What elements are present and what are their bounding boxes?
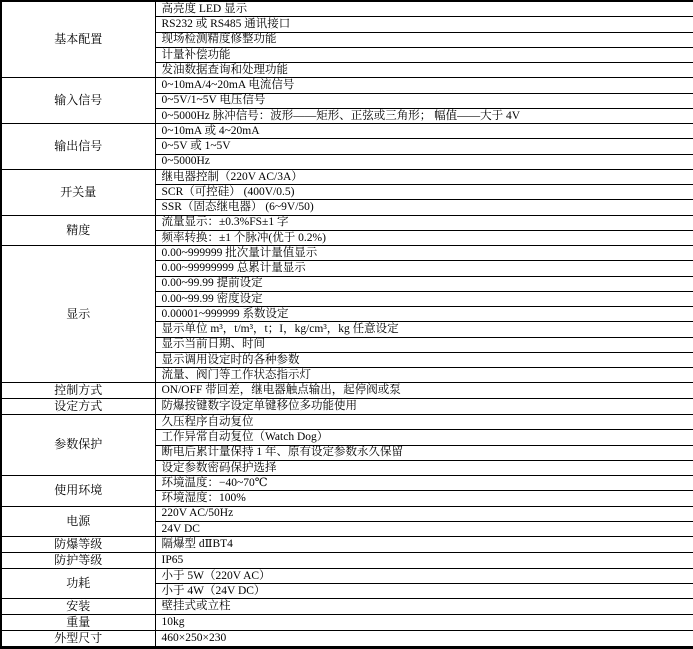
spec-value: 发油数据查询和处理功能 — [155, 63, 693, 78]
spec-value: 0.00~999999 批次量计量值显示 — [155, 246, 693, 261]
spec-value: 流量显示：±0.3%FS±1 字 — [155, 215, 693, 230]
spec-row: 重量10kg — [1, 615, 693, 631]
spec-category-label: 功耗 — [1, 568, 155, 599]
spec-row: 外型尺寸460×250×230 — [1, 630, 693, 647]
spec-value: 0~5000Hz — [155, 154, 693, 169]
spec-value: 壁挂式或立柱 — [155, 599, 693, 615]
spec-row: 电源220V AC/50Hz — [1, 506, 693, 521]
spec-category-label: 使用环境 — [1, 476, 155, 507]
spec-row: 使用环境环境温度：−40~70℃ — [1, 476, 693, 491]
spec-value: 现场检测精度修整功能 — [155, 32, 693, 47]
spec-value: SSR（固态继电器） (6~9V/50) — [155, 200, 693, 215]
spec-category-label: 防爆等级 — [1, 537, 155, 553]
spec-value: 继电器控制（220V AC/3A） — [155, 169, 693, 184]
spec-value: 设定参数密码保护选择 — [155, 460, 693, 475]
specification-table: 基本配置高亮度 LED 显示RS232 或 RS485 通讯接口现场检测精度修整… — [0, 0, 693, 649]
spec-value: 显示单位 m³，t/m³，t；I，kg/cm³，kg 任意设定 — [155, 322, 693, 337]
spec-value: RS232 或 RS485 通讯接口 — [155, 17, 693, 32]
spec-category-label: 显示 — [1, 246, 155, 383]
spec-row: 设定方式防爆按键数字设定单键移位多功能使用 — [1, 399, 693, 415]
spec-sheet-page: 基本配置高亮度 LED 显示RS232 或 RS485 通讯接口现场检测精度修整… — [0, 0, 693, 649]
spec-category-label: 防护等级 — [1, 552, 155, 568]
spec-value: 环境湿度：100% — [155, 491, 693, 506]
spec-row: 防护等级IP65 — [1, 552, 693, 568]
spec-row: 输出信号0~10mA 或 4~20mA — [1, 124, 693, 139]
spec-value: 0~5V/1~5V 电压信号 — [155, 93, 693, 108]
spec-row: 精度流量显示：±0.3%FS±1 字 — [1, 215, 693, 230]
spec-row: 功耗小于 5W（220V AC） — [1, 568, 693, 583]
spec-category-label: 参数保护 — [1, 415, 155, 476]
spec-value: 0.00~99.99 密度设定 — [155, 291, 693, 306]
spec-value: 0~10mA 或 4~20mA — [155, 124, 693, 139]
spec-category-label: 输出信号 — [1, 124, 155, 170]
spec-value: 流量、阀门等工作状态指示灯 — [155, 368, 693, 383]
spec-row: 开关量继电器控制（220V AC/3A） — [1, 169, 693, 184]
spec-value: 0~5V 或 1~5V — [155, 139, 693, 154]
spec-category-label: 外型尺寸 — [1, 630, 155, 647]
spec-category-label: 控制方式 — [1, 383, 155, 399]
spec-category-label: 基本配置 — [1, 1, 155, 78]
spec-value: 0~5000Hz 脉冲信号：波形——矩形、正弦或三角形； 幅值——大于 4V — [155, 108, 693, 123]
spec-category-label: 开关量 — [1, 169, 155, 215]
spec-value: ON/OFF 带回差，继电器触点输出，起停阀或泵 — [155, 383, 693, 399]
spec-value: 0.00001~999999 系数设定 — [155, 307, 693, 322]
spec-category-label: 精度 — [1, 215, 155, 246]
spec-value: 小于 4W（24V DC） — [155, 583, 693, 598]
spec-value: 隔爆型 dⅡBT4 — [155, 537, 693, 553]
spec-value: 0~10mA/4~20mA 电流信号 — [155, 78, 693, 93]
spec-value: 0.00~99.99 提前设定 — [155, 276, 693, 291]
spec-category-label: 输入信号 — [1, 78, 155, 124]
spec-row: 控制方式ON/OFF 带回差，继电器触点输出，起停阀或泵 — [1, 383, 693, 399]
spec-row: 参数保护久压程序自动复位 — [1, 415, 693, 430]
spec-category-label: 重量 — [1, 615, 155, 631]
spec-value: 工作异常自动复位（Watch Dog） — [155, 430, 693, 445]
spec-value: 防爆按键数字设定单键移位多功能使用 — [155, 399, 693, 415]
specification-table-body: 基本配置高亮度 LED 显示RS232 或 RS485 通讯接口现场检测精度修整… — [1, 1, 693, 648]
spec-value: 久压程序自动复位 — [155, 415, 693, 430]
spec-row: 基本配置高亮度 LED 显示 — [1, 1, 693, 17]
spec-value: 断电后累计量保持 1 年、原有设定参数永久保留 — [155, 445, 693, 460]
spec-value: 460×250×230 — [155, 630, 693, 647]
spec-category-label: 设定方式 — [1, 399, 155, 415]
spec-row: 显示0.00~999999 批次量计量值显示 — [1, 246, 693, 261]
spec-row: 输入信号0~10mA/4~20mA 电流信号 — [1, 78, 693, 93]
spec-value: 计量补偿功能 — [155, 47, 693, 62]
spec-value: 频率转换：±1 个脉冲(优于 0.2%) — [155, 230, 693, 245]
spec-category-label: 电源 — [1, 506, 155, 537]
spec-value: 220V AC/50Hz — [155, 506, 693, 521]
spec-value: SCR（可控硅） (400V/0.5) — [155, 185, 693, 200]
spec-value: 小于 5W（220V AC） — [155, 568, 693, 583]
spec-value: 24V DC — [155, 521, 693, 536]
spec-row: 安装壁挂式或立柱 — [1, 599, 693, 615]
spec-category-label: 安装 — [1, 599, 155, 615]
spec-value: 高亮度 LED 显示 — [155, 1, 693, 17]
spec-value: 显示调用设定时的各种参数 — [155, 352, 693, 367]
spec-value: 环境温度：−40~70℃ — [155, 476, 693, 491]
spec-value: 0.00~99999999 总累计量显示 — [155, 261, 693, 276]
spec-value: 10kg — [155, 615, 693, 631]
spec-value: 显示当前日期、时间 — [155, 337, 693, 352]
spec-value: IP65 — [155, 552, 693, 568]
spec-row: 防爆等级隔爆型 dⅡBT4 — [1, 537, 693, 553]
